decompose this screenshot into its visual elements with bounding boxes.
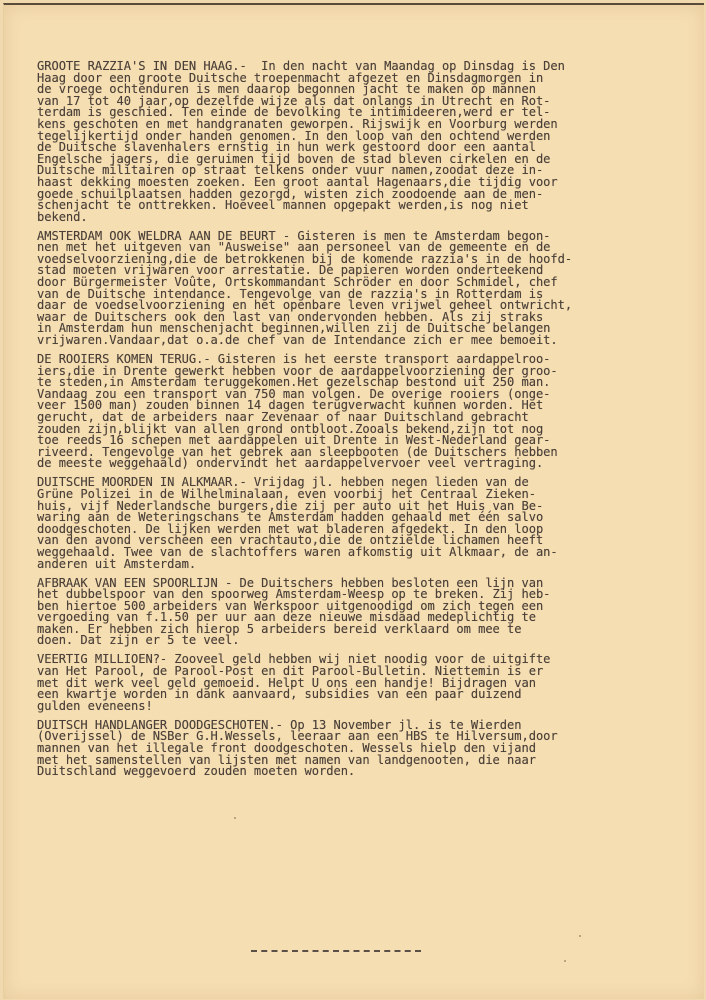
text-line: Duitschland weggevoerd zouden moeten wor… [37,766,702,778]
end-divider-rule [251,950,421,952]
article-moorden-alkmaar: DUITSCHE MOORDEN IN ALKMAAR.- Vrijdag jl… [37,477,702,570]
text-line: anderen uit Amsterdam. [37,559,702,571]
article-handlanger-doodgeschoten: DUITSCH HANDLANGER DOODGESCHOTEN.- Op 13… [37,720,702,778]
typewritten-page: GROOTE RAZZIA'S IN DEN HAAG.- In den nac… [3,3,704,999]
text-line: doen. Dat zijn er 5 te veel. [37,635,702,647]
article-amsterdam-weldra: AMSTERDAM OOK WELDRA AAN DE BEURT - Gist… [37,231,702,347]
text-line: vrijwaren.Vandaar,dat o.a.de chef van de… [37,335,702,347]
article-afbraak-spoorlijn: AFBRAAK VAN EEN SPOORLIJN - De Duitscher… [37,578,702,648]
text-line: de meeste weggehaald) ondervindt het aar… [37,458,702,470]
text-line: schenjacht te onttrekken. Hoeveel mannen… [37,200,702,212]
article-razzias-den-haag: GROOTE RAZZIA'S IN DEN HAAG.- In den nac… [37,61,702,223]
article-veertig-millioen: VEERTIG MILLIOEN?- Zooveel geld hebben w… [37,654,702,712]
article-rooiers-komen-terug: DE ROOIERS KOMEN TERUG.- Gisteren is het… [37,354,702,470]
paper-speck [579,935,581,937]
text-line: bekend. [37,212,702,224]
document-body: GROOTE RAZZIA'S IN DEN HAAG.- In den nac… [37,61,702,785]
paper-speck [564,960,566,962]
text-line: gulden eveneens! [37,701,702,713]
paper-speck [234,817,236,819]
